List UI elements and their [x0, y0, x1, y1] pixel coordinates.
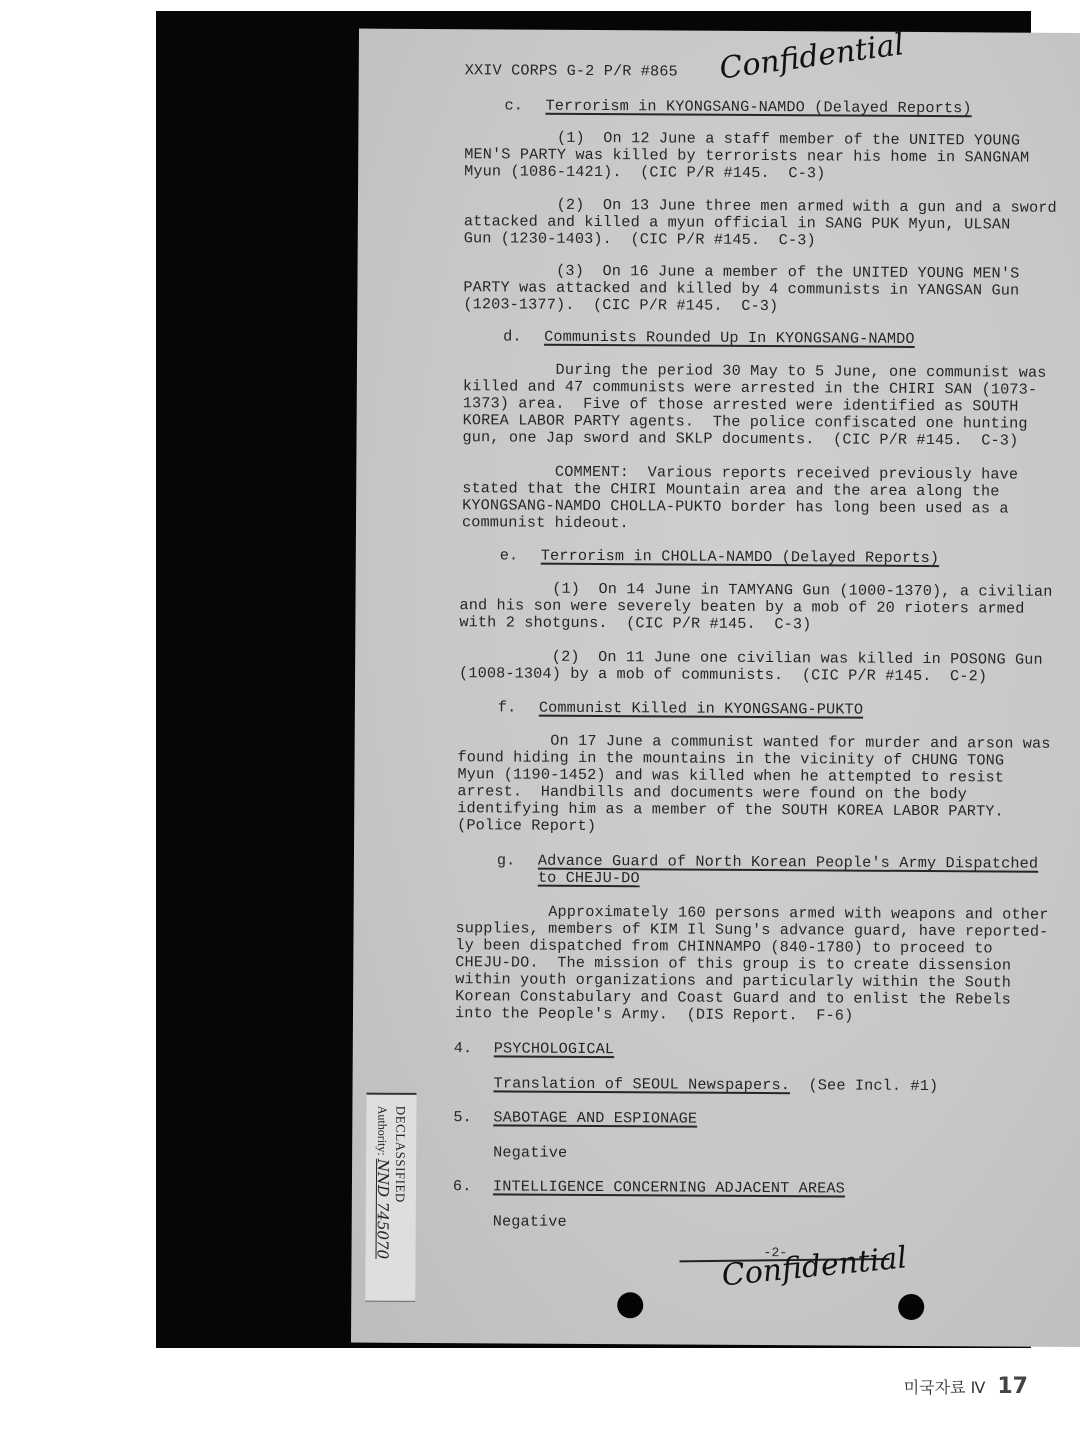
scan-frame: XXIV CORPS G-2 P/R #865 Confidential c. …: [156, 11, 1031, 1348]
declassified-stamp: DECLASSIFIED Authority: NND 745070: [365, 1093, 416, 1302]
paragraph: (1) On 12 June a staff member of the UNI…: [464, 129, 1029, 183]
section-title: Terrorism in KYONGSANG-NAMDO (Delayed Re…: [545, 98, 971, 118]
punch-hole-left: [617, 1292, 643, 1318]
book-title: 미국자료 Ⅳ: [904, 1375, 986, 1398]
punch-hole-right: [898, 1294, 924, 1320]
confidential-signature-bottom: Confidential: [720, 1240, 908, 1293]
section-title-intelligence: INTELLIGENCE CONCERNING ADJACENT AREAS: [493, 1178, 845, 1197]
section-letter: f.: [498, 699, 517, 716]
section-number: 6.: [453, 1178, 472, 1195]
section-letter: g.: [497, 852, 516, 869]
report-header: XXIV CORPS G-2 P/R #865: [465, 62, 678, 80]
newspaper-translation-ref: Translation of SEOUL Newspapers.: [494, 1074, 791, 1094]
section-title: Communists Rounded Up In KYONGSANG-NAMDO: [544, 329, 915, 348]
authority-label: Authority: [375, 1106, 389, 1153]
paragraph: (3) On 16 June a member of the UNITED YO…: [463, 262, 1019, 316]
paragraph: Approximately 160 persons armed with wea…: [455, 903, 1049, 1026]
paragraph: (2) On 11 June one civilian was killed i…: [459, 648, 1043, 686]
sabotage-body: Negative: [493, 1144, 567, 1161]
paragraph: On 17 June a communist wanted for murder…: [457, 732, 1051, 838]
section-letter: d.: [503, 328, 522, 345]
section-number: 5.: [453, 1109, 472, 1126]
section-letter: c.: [504, 97, 523, 114]
section-title-psychological: PSYCHOLOGICAL: [494, 1040, 615, 1058]
declassified-label: DECLASSIFIED: [391, 1098, 408, 1298]
section-title-continued: to CHEJU-DO: [538, 870, 640, 888]
paragraph: During the period 30 May to 5 June, one …: [462, 361, 1046, 450]
section-title: Terrorism in CHOLLA-NAMDO (Delayed Repor…: [541, 548, 939, 567]
section-title-sabotage: SABOTAGE AND ESPIONAGE: [493, 1109, 697, 1127]
page-number: 17: [997, 1374, 1028, 1399]
paragraph: (2) On 13 June three men armed with a gu…: [464, 196, 1057, 251]
page-footer: 미국자료 Ⅳ 17: [904, 1374, 1028, 1399]
confidential-signature-top: Confidential: [717, 27, 906, 86]
section-title: Communist Killed in KYONGSANG-PUKTO: [539, 700, 863, 719]
comment-paragraph: COMMENT: Various reports received previo…: [462, 463, 1018, 534]
section-number: 4.: [454, 1040, 473, 1057]
section-letter: e.: [500, 547, 519, 564]
document-page: XXIV CORPS G-2 P/R #865 Confidential c. …: [351, 29, 1080, 1348]
authority-value: NND 745070: [374, 1159, 393, 1259]
paragraph: (1) On 14 June in TAMYANG Gun (1000-1370…: [459, 580, 1052, 635]
psychological-body: Translation of SEOUL Newspapers. (See In…: [494, 1075, 939, 1095]
intelligence-body: Negative: [493, 1213, 567, 1230]
